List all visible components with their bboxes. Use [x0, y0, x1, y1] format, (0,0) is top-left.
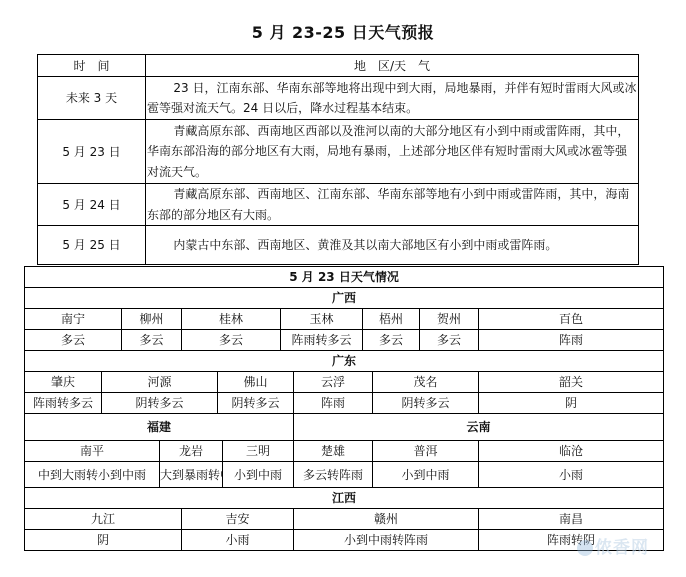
- city-cell: 河源: [102, 372, 218, 393]
- city-cell: 玉林: [281, 309, 363, 330]
- header-region-weather: 地 区/天 气: [146, 55, 639, 77]
- weather-cell: 小到中雨: [223, 462, 294, 488]
- guangdong-weather-row: 阵雨转多云 阴转多云 阴转多云 阵雨 阴转多云 阴: [25, 393, 664, 414]
- city-cell: 九江: [25, 509, 182, 530]
- city-cell: 百色: [479, 309, 664, 330]
- province-guangdong: 广东: [25, 351, 664, 372]
- city-cell: 桂林: [182, 309, 281, 330]
- city-cell: 南昌: [479, 509, 664, 530]
- fujian-yunnan-weather-row: 中到大雨转小到中雨 大到暴雨转中雨 小到中雨 多云转阵雨 小到中雨 小雨: [25, 462, 664, 488]
- province-guangxi: 广西: [25, 288, 664, 309]
- weather-cell: 阴转多云: [373, 393, 479, 414]
- weather-cell: 阴转多云: [218, 393, 294, 414]
- city-cell: 佛山: [218, 372, 294, 393]
- detail-table: 5 月 23 日天气情况 广西 南宁 柳州 桂林 玉林 梧州 贺州 百色 多云 …: [24, 266, 664, 551]
- forecast-text: 青藏高原东部、西南地区西部以及淮河以南的大部分地区有小到中雨或雷阵雨，其中，华南…: [146, 120, 639, 184]
- weather-cell: 多云: [182, 330, 281, 351]
- city-cell: 南平: [25, 441, 160, 462]
- province-jiangxi: 江西: [25, 488, 664, 509]
- weather-cell: 小雨: [182, 530, 294, 551]
- forecast-time: 5 月 24 日: [38, 184, 146, 226]
- weather-cell: 阵雨转多云: [281, 330, 363, 351]
- city-cell: 肇庆: [25, 372, 102, 393]
- page-title: 5 月 23-25 日天气预报: [0, 20, 686, 43]
- city-cell: 楚雄: [294, 441, 373, 462]
- city-cell: 梧州: [363, 309, 420, 330]
- city-cell: 茂名: [373, 372, 479, 393]
- weather-cell: 阵雨: [479, 330, 664, 351]
- forecast-text: 内蒙古中东部、西南地区、黄淮及其以南大部地区有小到中雨或雷阵雨。: [146, 226, 639, 265]
- forecast-row: 5 月 25 日 内蒙古中东部、西南地区、黄淮及其以南大部地区有小到中雨或雷阵雨…: [38, 226, 639, 265]
- weather-cell: 阴: [479, 393, 664, 414]
- forecast-table: 时 间 地 区/天 气 未来 3 天 23 日，江南东部、华南东部等地将出现中到…: [37, 54, 639, 265]
- weather-cell: 小雨: [479, 462, 664, 488]
- fujian-yunnan-cities-row: 南平 龙岩 三明 楚雄 普洱 临沧: [25, 441, 664, 462]
- forecast-text: 青藏高原东部、西南地区、江南东部、华南东部等地有小到中雨或雷阵雨，其中，海南东部…: [146, 184, 639, 226]
- city-cell: 南宁: [25, 309, 122, 330]
- weather-cell: 多云: [122, 330, 182, 351]
- city-cell: 龙岩: [160, 441, 223, 462]
- weather-cell: 阵雨转多云: [25, 393, 102, 414]
- weather-cell: 小到中雨转阵雨: [294, 530, 479, 551]
- weather-cell: 大到暴雨转中雨: [160, 462, 223, 488]
- forecast-row: 5 月 24 日 青藏高原东部、西南地区、江南东部、华南东部等地有小到中雨或雷阵…: [38, 184, 639, 226]
- detail-title: 5 月 23 日天气情况: [25, 267, 664, 288]
- weather-cell: 小到中雨: [373, 462, 479, 488]
- header-time: 时 间: [38, 55, 146, 77]
- forecast-row: 未来 3 天 23 日，江南东部、华南东部等地将出现中到大雨，局地暴雨，并伴有短…: [38, 77, 639, 120]
- forecast-time: 5 月 23 日: [38, 120, 146, 184]
- jiangxi-cities-row: 九江 吉安 赣州 南昌: [25, 509, 664, 530]
- weather-cell: 阴: [25, 530, 182, 551]
- city-cell: 普洱: [373, 441, 479, 462]
- city-cell: 吉安: [182, 509, 294, 530]
- weather-cell: 多云: [363, 330, 420, 351]
- weather-cell: 阵雨: [294, 393, 373, 414]
- guangxi-weather-row: 多云 多云 多云 阵雨转多云 多云 多云 阵雨: [25, 330, 664, 351]
- forecast-time: 未来 3 天: [38, 77, 146, 120]
- city-cell: 云浮: [294, 372, 373, 393]
- forecast-text: 23 日，江南东部、华南东部等地将出现中到大雨，局地暴雨，并伴有短时雷雨大风或冰…: [146, 77, 639, 120]
- forecast-time: 5 月 25 日: [38, 226, 146, 265]
- city-cell: 临沧: [479, 441, 664, 462]
- forecast-header-row: 时 间 地 区/天 气: [38, 55, 639, 77]
- city-cell: 贺州: [420, 309, 479, 330]
- weather-cell: 中到大雨转小到中雨: [25, 462, 160, 488]
- watermark-logo-icon: [577, 540, 593, 556]
- province-yunnan: 云南: [294, 414, 664, 441]
- city-cell: 三明: [223, 441, 294, 462]
- city-cell: 柳州: [122, 309, 182, 330]
- province-fujian: 福建: [25, 414, 294, 441]
- weather-cell: 多云: [420, 330, 479, 351]
- forecast-row: 5 月 23 日 青藏高原东部、西南地区西部以及淮河以南的大部分地区有小到中雨或…: [38, 120, 639, 184]
- city-cell: 韶关: [479, 372, 664, 393]
- guangxi-cities-row: 南宁 柳州 桂林 玉林 梧州 贺州 百色: [25, 309, 664, 330]
- weather-cell: 阴转多云: [102, 393, 218, 414]
- watermark: 侬香网: [577, 533, 649, 558]
- weather-cell: 多云转阵雨: [294, 462, 373, 488]
- guangdong-cities-row: 肇庆 河源 佛山 云浮 茂名 韶关: [25, 372, 664, 393]
- jiangxi-weather-row: 阴 小雨 小到中雨转阵雨 阵雨转阴: [25, 530, 664, 551]
- weather-cell: 多云: [25, 330, 122, 351]
- watermark-text: 侬香网: [595, 538, 649, 558]
- city-cell: 赣州: [294, 509, 479, 530]
